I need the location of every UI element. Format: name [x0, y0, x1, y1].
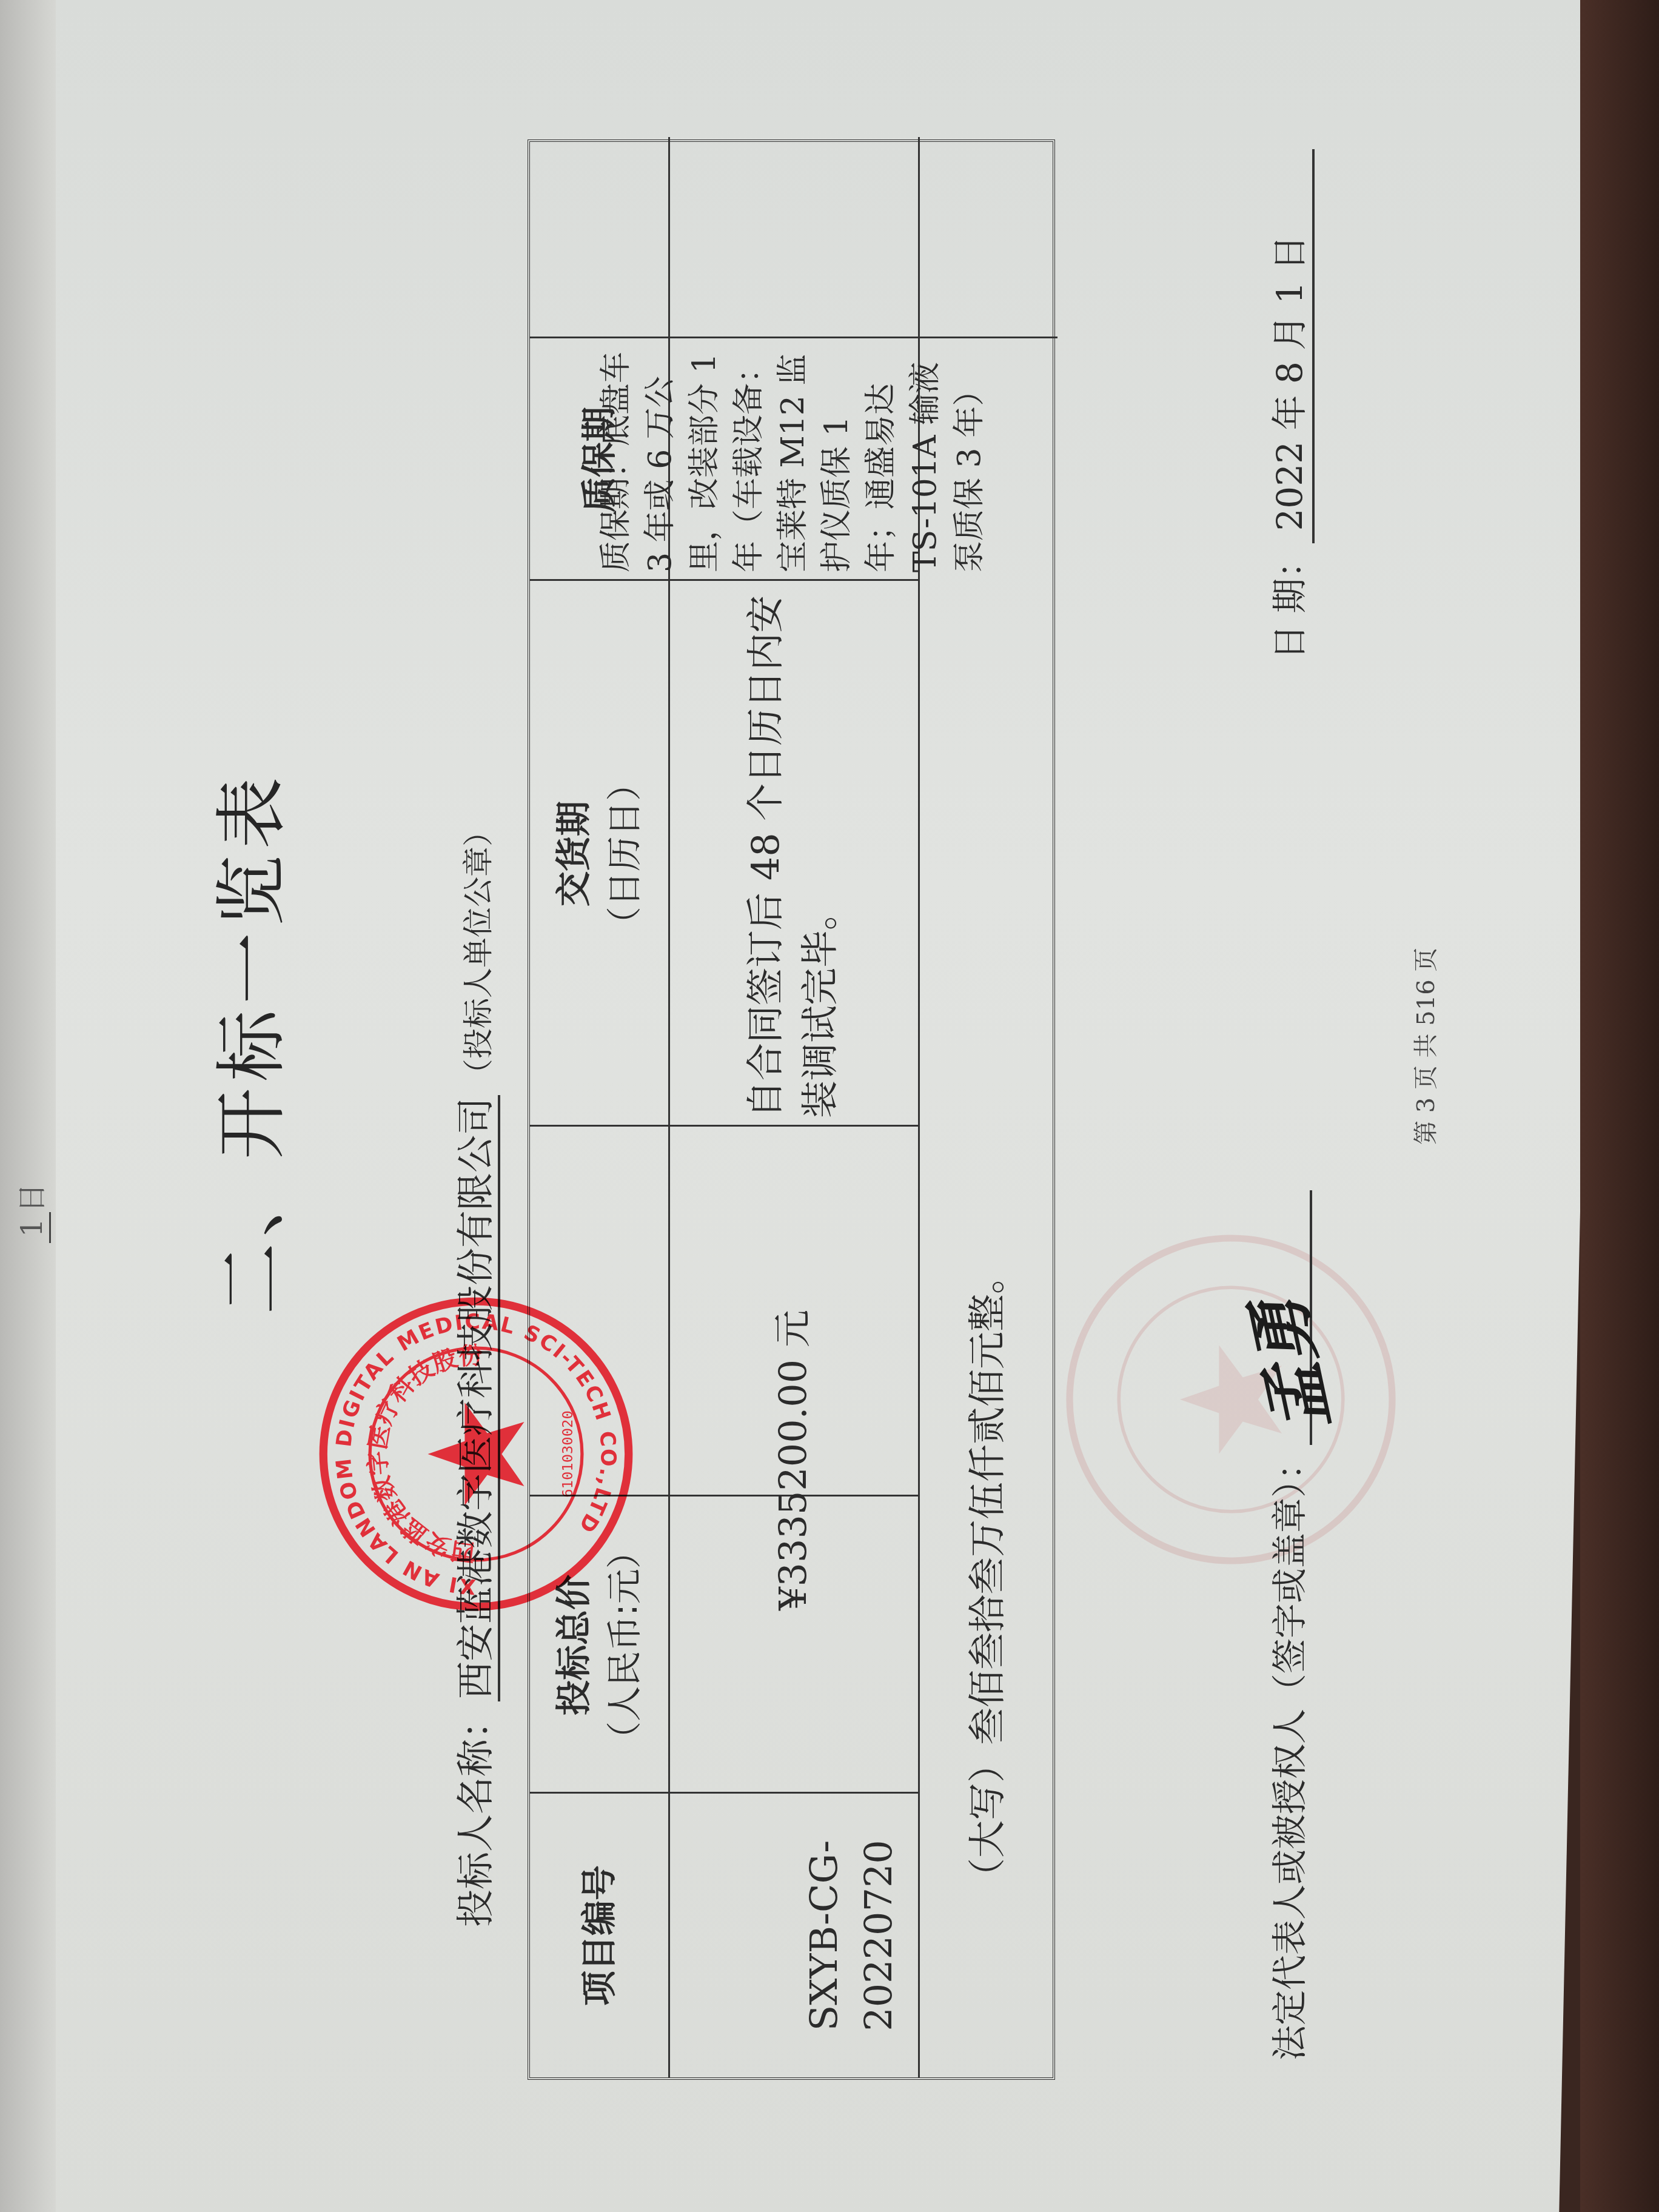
- cell-delivery: 自合同签订后 48 个日历日内安装调试完毕。: [668, 581, 918, 1127]
- signature-field: 孟勇: [1273, 1190, 1312, 1445]
- bidder-name: 西安蓝港数字医疗科技股份有限公司: [454, 1095, 500, 1701]
- bidder-line: 投标人名称：西安蓝港数字医疗科技股份有限公司（投标人单位公章）: [446, 816, 500, 1927]
- bid-summary-table: 项目编号 投标总价 （人民币:元） 交货期 （日历日） 质保期 SXYB-CG-…: [528, 139, 1055, 2080]
- ghost-seal-imprint: [1061, 1230, 1401, 1569]
- date-line: 日 期：2022 年 8 月 1 日: [1261, 149, 1315, 660]
- cell-total-price: ¥3335200.00 元: [668, 1127, 918, 1794]
- date-value: 2022 年 8 月 1 日: [1261, 149, 1315, 543]
- cell-capital-amount: （大写）叁佰叁拾叁万伍仟贰佰元整。: [918, 338, 1057, 2077]
- header-delivery: 交货期 （日历日）: [530, 581, 668, 1127]
- handwritten-signature: 孟勇: [1225, 1291, 1347, 1441]
- cell-extra: [530, 137, 1057, 338]
- signature-line: 法定代表人或被授权人（签字或盖章）：孟勇: [1261, 1190, 1312, 2060]
- cell-warranty: 质保期：底盘车 3 年或 6 万公里，改装部分 1 年（车载设备：宝莱特 M12…: [668, 338, 918, 581]
- bidder-label: 投标人名称：: [454, 1701, 498, 1927]
- header-project-no: 项目编号: [530, 1794, 668, 2077]
- bid-opening-summary-page: 二、开标一览表 投标人名称：西安蓝港数字医疗科技股份有限公司（投标人单位公章） …: [0, 0, 1659, 2212]
- page-number: 第 3 页 共 516 页: [1407, 948, 1441, 1145]
- page-title: 二、开标一览表: [194, 771, 297, 1315]
- bidder-seal-hint: （投标人单位公章）: [461, 816, 496, 1089]
- header-total-price: 投标总价 （人民币:元）: [530, 1496, 668, 1794]
- signature-label: 法定代表人或被授权人（签字或盖章）：: [1269, 1445, 1310, 2060]
- date-label: 日 期：: [1269, 543, 1310, 660]
- cell-project-no: SXYB-CG-20220720: [668, 1794, 918, 2077]
